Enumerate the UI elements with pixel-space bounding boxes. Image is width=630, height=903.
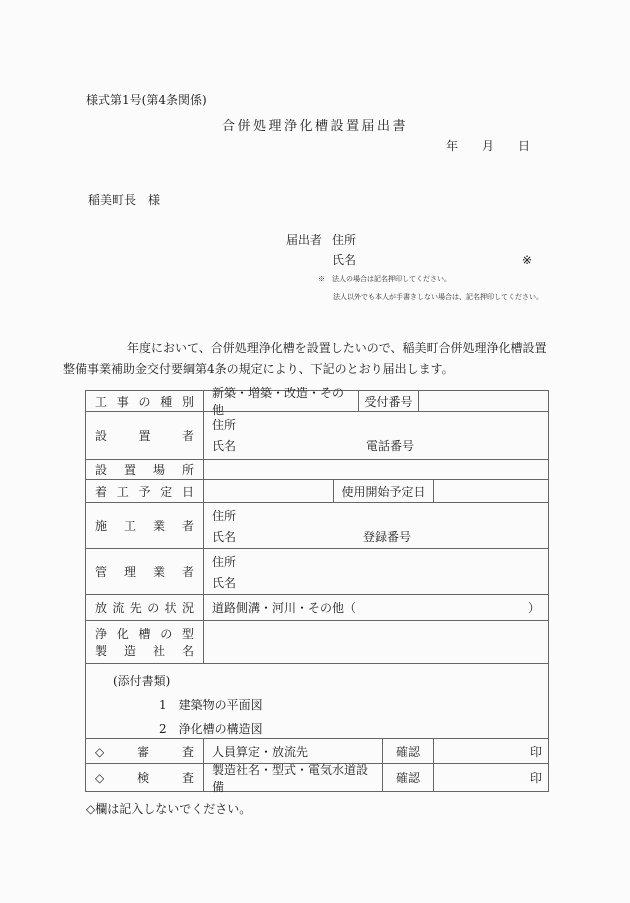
inspection-label-cell: ◇検査 <box>86 764 204 791</box>
contractor-registration-label: 登録番号 <box>363 530 411 544</box>
discharge-options: 道路側溝・河川・その他（ <box>212 599 356 616</box>
start-date-label: 着工予定日 <box>95 483 194 500</box>
maintenance-value-cell: 住所 氏名 <box>204 549 548 594</box>
applicant-label: 届出者 <box>286 232 322 248</box>
tank-label-cell: 浄化槽の型 製造社名 <box>86 621 204 663</box>
maintenance-label-cell: 管理業者 <box>86 549 204 594</box>
construction-type-label-cell: 工事の種別 <box>86 391 204 411</box>
row-tank-model: 浄化槽の型 製造社名 <box>86 621 548 664</box>
discharge-value-cell: 道路側溝・河川・その他（ ） <box>204 595 548 620</box>
inspection-seal-cell: 印 <box>434 764 548 791</box>
attachment-item-1: 1 建築物の平面図 <box>86 697 548 713</box>
start-date-label-cell: 着工予定日 <box>86 480 204 502</box>
contractor-address-label: 住所 <box>212 506 540 527</box>
construction-type-label: 工事の種別 <box>95 393 194 410</box>
seal-note-1: ※ 法人の場合は記名押印してください。 <box>318 274 451 284</box>
installer-label: 設置者 <box>95 427 194 444</box>
installer-phone-label: 電話番号 <box>366 439 414 453</box>
inspection-items: 製造社名・型式・電気水道設備 <box>204 764 383 791</box>
row-installer: 設置者 住所 氏名電話番号 <box>86 412 548 460</box>
row-construction-type: 工事の種別 新築・増築・改造・その他 受付番号 <box>86 391 548 412</box>
maintenance-label: 管理業者 <box>95 563 194 580</box>
seal-note-2: 法人以外でも本人が手書きしない場合は、記名押印してください。 <box>333 292 543 302</box>
attachment-item-2: 2 浄化槽の構造図 <box>86 721 548 737</box>
location-label: 設置場所 <box>95 461 194 478</box>
review-seal-label: 印 <box>530 743 542 760</box>
seal-reference-mark: ※ <box>522 252 532 268</box>
receipt-number-value <box>419 391 548 411</box>
discharge-close-paren: ） <box>528 599 540 616</box>
document-page: { "header": { "form_number": "様式第1号(第4条関… <box>0 0 630 903</box>
location-value <box>204 460 548 479</box>
use-start-date-label: 使用開始予定日 <box>334 480 434 502</box>
row-maintenance: 管理業者 住所 氏名 <box>86 549 548 595</box>
row-attachments: (添付書類) 1 建築物の平面図 2 浄化槽の構造図 <box>86 664 548 739</box>
installer-name-label: 氏名 <box>212 439 236 453</box>
installer-name-line: 氏名電話番号 <box>212 436 540 457</box>
installer-value-cell: 住所 氏名電話番号 <box>204 412 548 459</box>
start-date-value <box>204 480 334 502</box>
receipt-number-label: 受付番号 <box>359 391 419 411</box>
row-discharge: 放流先の状況 道路側溝・河川・その他（ ） <box>86 595 548 621</box>
review-label: ◇審査 <box>95 743 194 760</box>
contractor-label-cell: 施工業者 <box>86 503 204 548</box>
installer-label-cell: 設置者 <box>86 412 204 459</box>
maintenance-address-label: 住所 <box>212 552 540 573</box>
inspection-label: ◇検査 <box>95 769 194 786</box>
date-line: 年 月 日 <box>0 138 630 154</box>
body-paragraph: 年度において、合併処理浄化槽を設置したいので、稲美町合併処理浄化槽設置 整備事業… <box>63 338 549 380</box>
row-location: 設置場所 <box>86 460 548 480</box>
review-seal-cell: 印 <box>434 739 548 763</box>
attachments-heading: (添付書類) <box>86 673 548 689</box>
row-start-date: 着工予定日 使用開始予定日 <box>86 480 548 503</box>
applicant-address-label: 住所 <box>332 232 356 248</box>
addressee: 稲美町長 様 <box>88 192 160 208</box>
row-inspection: ◇検査 製造社名・型式・電気水道設備 確認 印 <box>86 764 548 791</box>
contractor-name-label: 氏名 <box>212 530 236 544</box>
inspection-confirm-label: 確認 <box>383 764 434 791</box>
review-items: 人員算定・放流先 <box>204 739 383 763</box>
installer-address-label: 住所 <box>212 415 540 436</box>
body-line-2: 整備事業補助金交付要綱第4条の規定により、下記のとおり届出します。 <box>63 359 549 380</box>
discharge-label: 放流先の状況 <box>95 599 194 616</box>
tank-model-label: 浄化槽の型 <box>95 625 194 642</box>
footer-note: ◇欄は記入しないでください。 <box>86 801 251 817</box>
row-contractor: 施工業者 住所 氏名登録番号 <box>86 503 548 549</box>
contractor-label: 施工業者 <box>95 517 194 534</box>
review-label-cell: ◇審査 <box>86 739 204 763</box>
tank-manufacturer-label: 製造社名 <box>95 642 194 659</box>
maintenance-name-label: 氏名 <box>212 573 540 594</box>
attachments-cell: (添付書類) 1 建築物の平面図 2 浄化槽の構造図 <box>86 664 548 738</box>
construction-type-value: 新築・増築・改造・その他 <box>204 391 359 411</box>
applicant-name-label: 氏名 <box>332 252 356 268</box>
discharge-label-cell: 放流先の状況 <box>86 595 204 620</box>
contractor-name-line: 氏名登録番号 <box>212 527 540 548</box>
discharge-value-line: 道路側溝・河川・その他（ ） <box>212 599 540 616</box>
inspection-seal-label: 印 <box>530 769 542 786</box>
body-line-1: 年度において、合併処理浄化槽を設置したいので、稲美町合併処理浄化槽設置 <box>63 338 549 359</box>
review-confirm-label: 確認 <box>383 739 434 763</box>
form-number: 様式第1号(第4条関係) <box>86 92 207 108</box>
tank-value <box>204 621 548 663</box>
location-label-cell: 設置場所 <box>86 460 204 479</box>
contractor-value-cell: 住所 氏名登録番号 <box>204 503 548 548</box>
use-start-date-value <box>434 480 548 502</box>
document-title: 合併処理浄化槽設置届出書 <box>0 115 630 134</box>
form-table: 工事の種別 新築・増築・改造・その他 受付番号 設置者 住所 氏名電話番号 設置… <box>85 390 549 792</box>
